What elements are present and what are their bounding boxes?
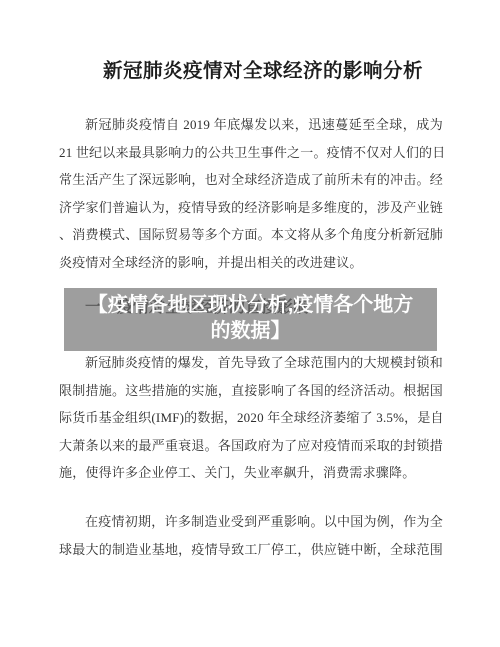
text-line: 新冠肺炎疫情自 2019 年底爆发以来，迅速蔓延至全球，成为 <box>59 111 443 139</box>
text-line: 在疫情初期，许多制造业受到严重影响。以中国为例，作为全 <box>59 508 443 536</box>
text-line: 常生活产生了深远影响，也对全球经济造成了前所未有的冲击。经 <box>59 166 443 194</box>
overlay-banner-text: 【疫情各地区现状分析,疫情各个地方 的数据】 <box>64 292 437 344</box>
text-line: 限制措施。这些措施的实施，直接影响了各国的经济活动。根据国 <box>59 377 443 405</box>
text-line: 新冠肺炎疫情的爆发，首先导致了全球范围内的大规模封锁和 <box>59 349 443 377</box>
text-line: 济学家们普遍认为，疫情导致的经济影响是多维度的，涉及产业链 <box>59 194 443 222</box>
text-line: 际货币基金组织(IMF)的数据，2020 年全球经济萎缩了 3.5%，是自 <box>59 404 443 432</box>
paragraph-manufacturing: 在疫情初期，许多制造业受到严重影响。以中国为例，作为全球最大的制造业基地，疫情导… <box>59 508 443 563</box>
page-title: 新冠肺炎疫情对全球经济的影响分析 <box>0 59 500 83</box>
text-line: 施，使得许多企业停工、关门，失业率飙升，消费需求骤降。 <box>59 459 443 487</box>
text-line: 大萧条以来的最严重衰退。各国政府为了应对疫情而采取的封锁措 <box>59 432 443 460</box>
overlay-banner-line-2: 的数据】 <box>64 318 437 344</box>
overlay-title-banner[interactable]: 一、疫情对全球经济的直接影响 【疫情各地区现状分析,疫情各个地方 的数据】 <box>64 288 437 351</box>
paragraph-intro: 新冠肺炎疫情自 2019 年底爆发以来，迅速蔓延至全球，成为21 世纪以来最具影… <box>59 111 443 277</box>
text-line: 炎疫情对全球经济的影响，并提出相关的改进建议。 <box>59 249 443 277</box>
paragraph-lockdowns: 新冠肺炎疫情的爆发，首先导致了全球范围内的大规模封锁和限制措施。这些措施的实施，… <box>59 349 443 487</box>
text-line: 21 世纪以来最具影响力的公共卫生事件之一。疫情不仅对人们的日 <box>59 139 443 167</box>
text-line: 、消费模式、国际贸易等多个方面。本文将从多个角度分析新冠肺 <box>59 221 443 249</box>
overlay-banner-line-1: 【疫情各地区现状分析,疫情各个地方 <box>64 292 437 318</box>
document-page: 新冠肺炎疫情对全球经济的影响分析 新冠肺炎疫情自 2019 年底爆发以来，迅速蔓… <box>0 0 500 647</box>
text-line: 球最大的制造业基地，疫情导致工厂停工，供应链中断，全球范围 <box>59 536 443 564</box>
